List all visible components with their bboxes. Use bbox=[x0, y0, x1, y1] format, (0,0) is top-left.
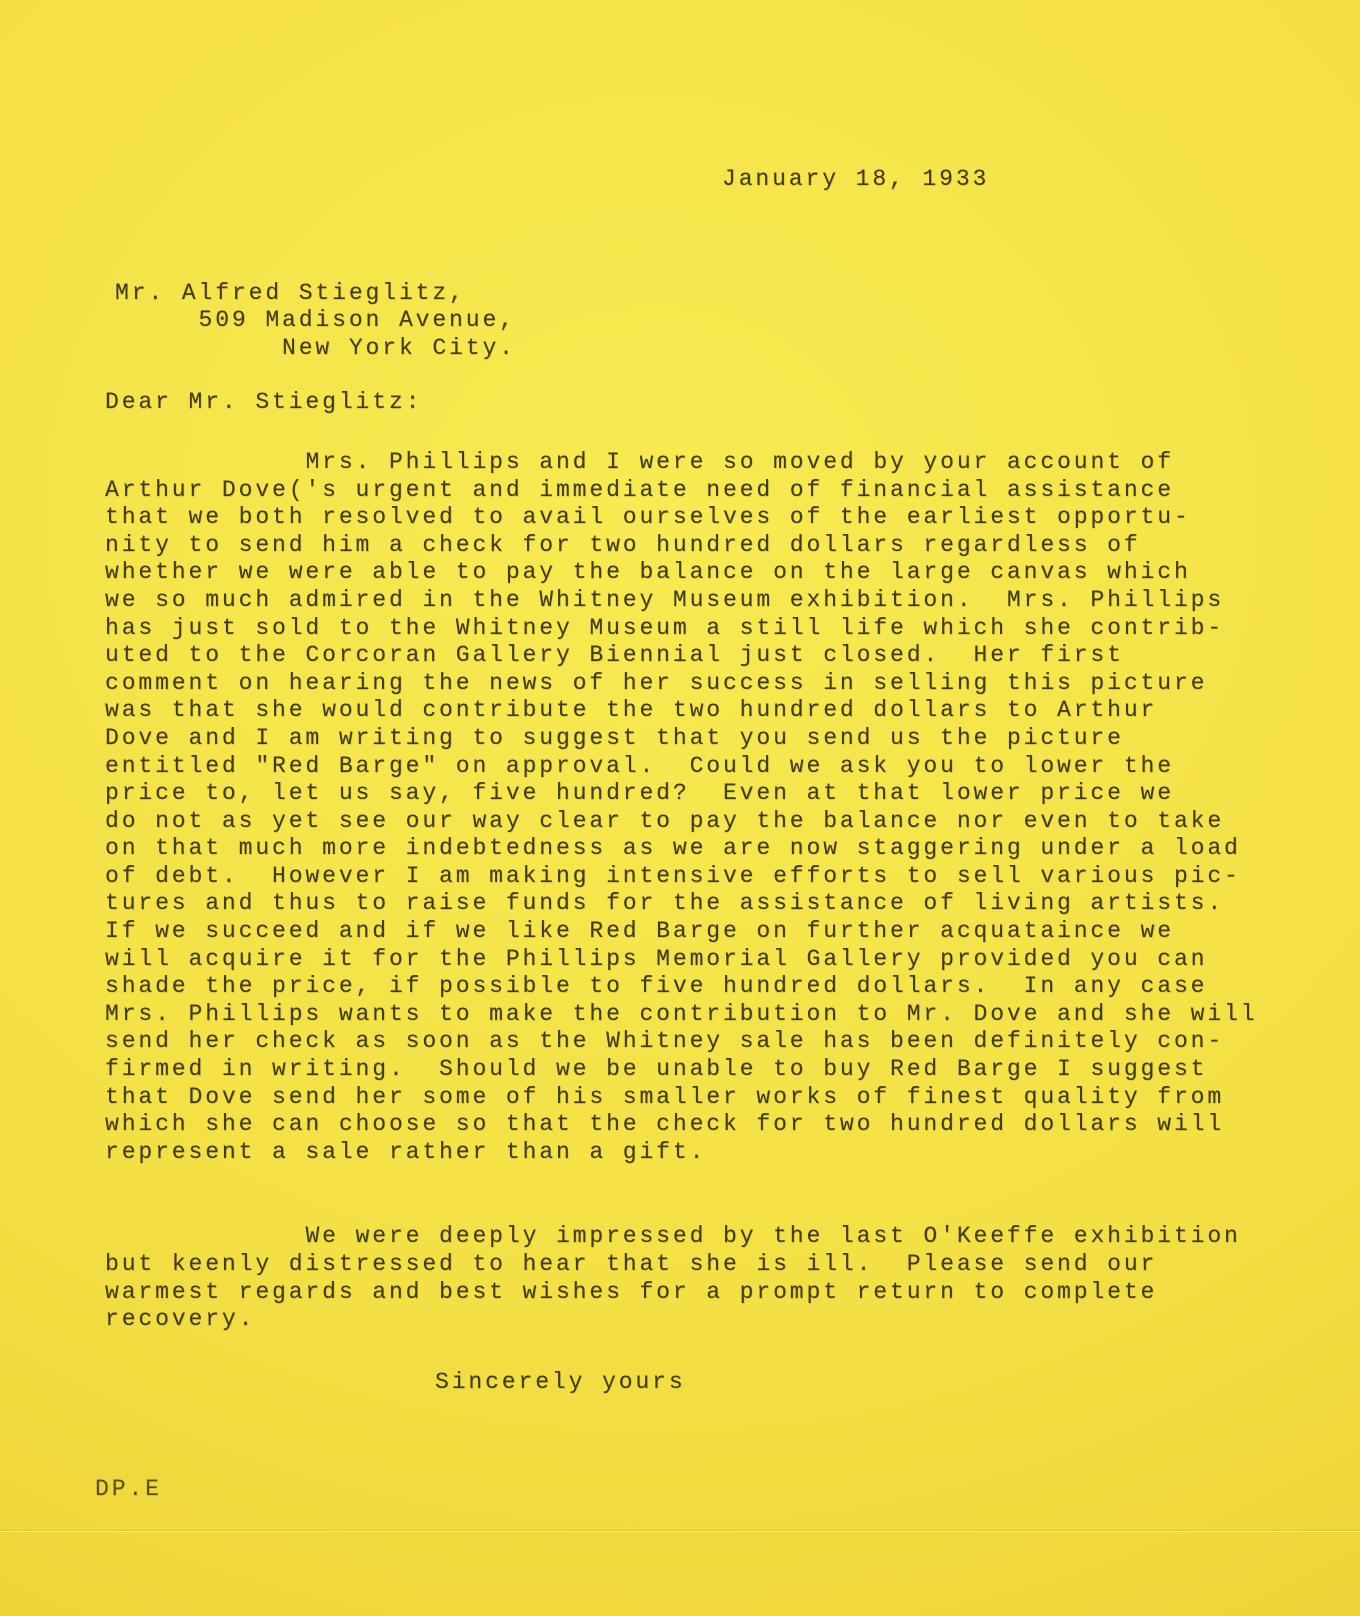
body-paragraph-1: Mrs. Phillips and I were so moved by you… bbox=[105, 449, 1300, 1166]
paper-crease bbox=[0, 1531, 1360, 1532]
salutation: Dear Mr. Stieglitz: bbox=[105, 389, 1300, 417]
closing: Sincerely yours bbox=[435, 1369, 1300, 1397]
letter-date: January 18, 1933 bbox=[722, 166, 1300, 194]
recipient-address: Mr. Alfred Stieglitz, 509 Madison Avenue… bbox=[115, 280, 1300, 363]
body-paragraph-2: We were deeply impressed by the last O'K… bbox=[105, 1223, 1300, 1333]
typist-initials: DP.E bbox=[95, 1476, 1300, 1504]
letter-page: January 18, 1933 Mr. Alfred Stieglitz, 5… bbox=[0, 0, 1360, 1616]
